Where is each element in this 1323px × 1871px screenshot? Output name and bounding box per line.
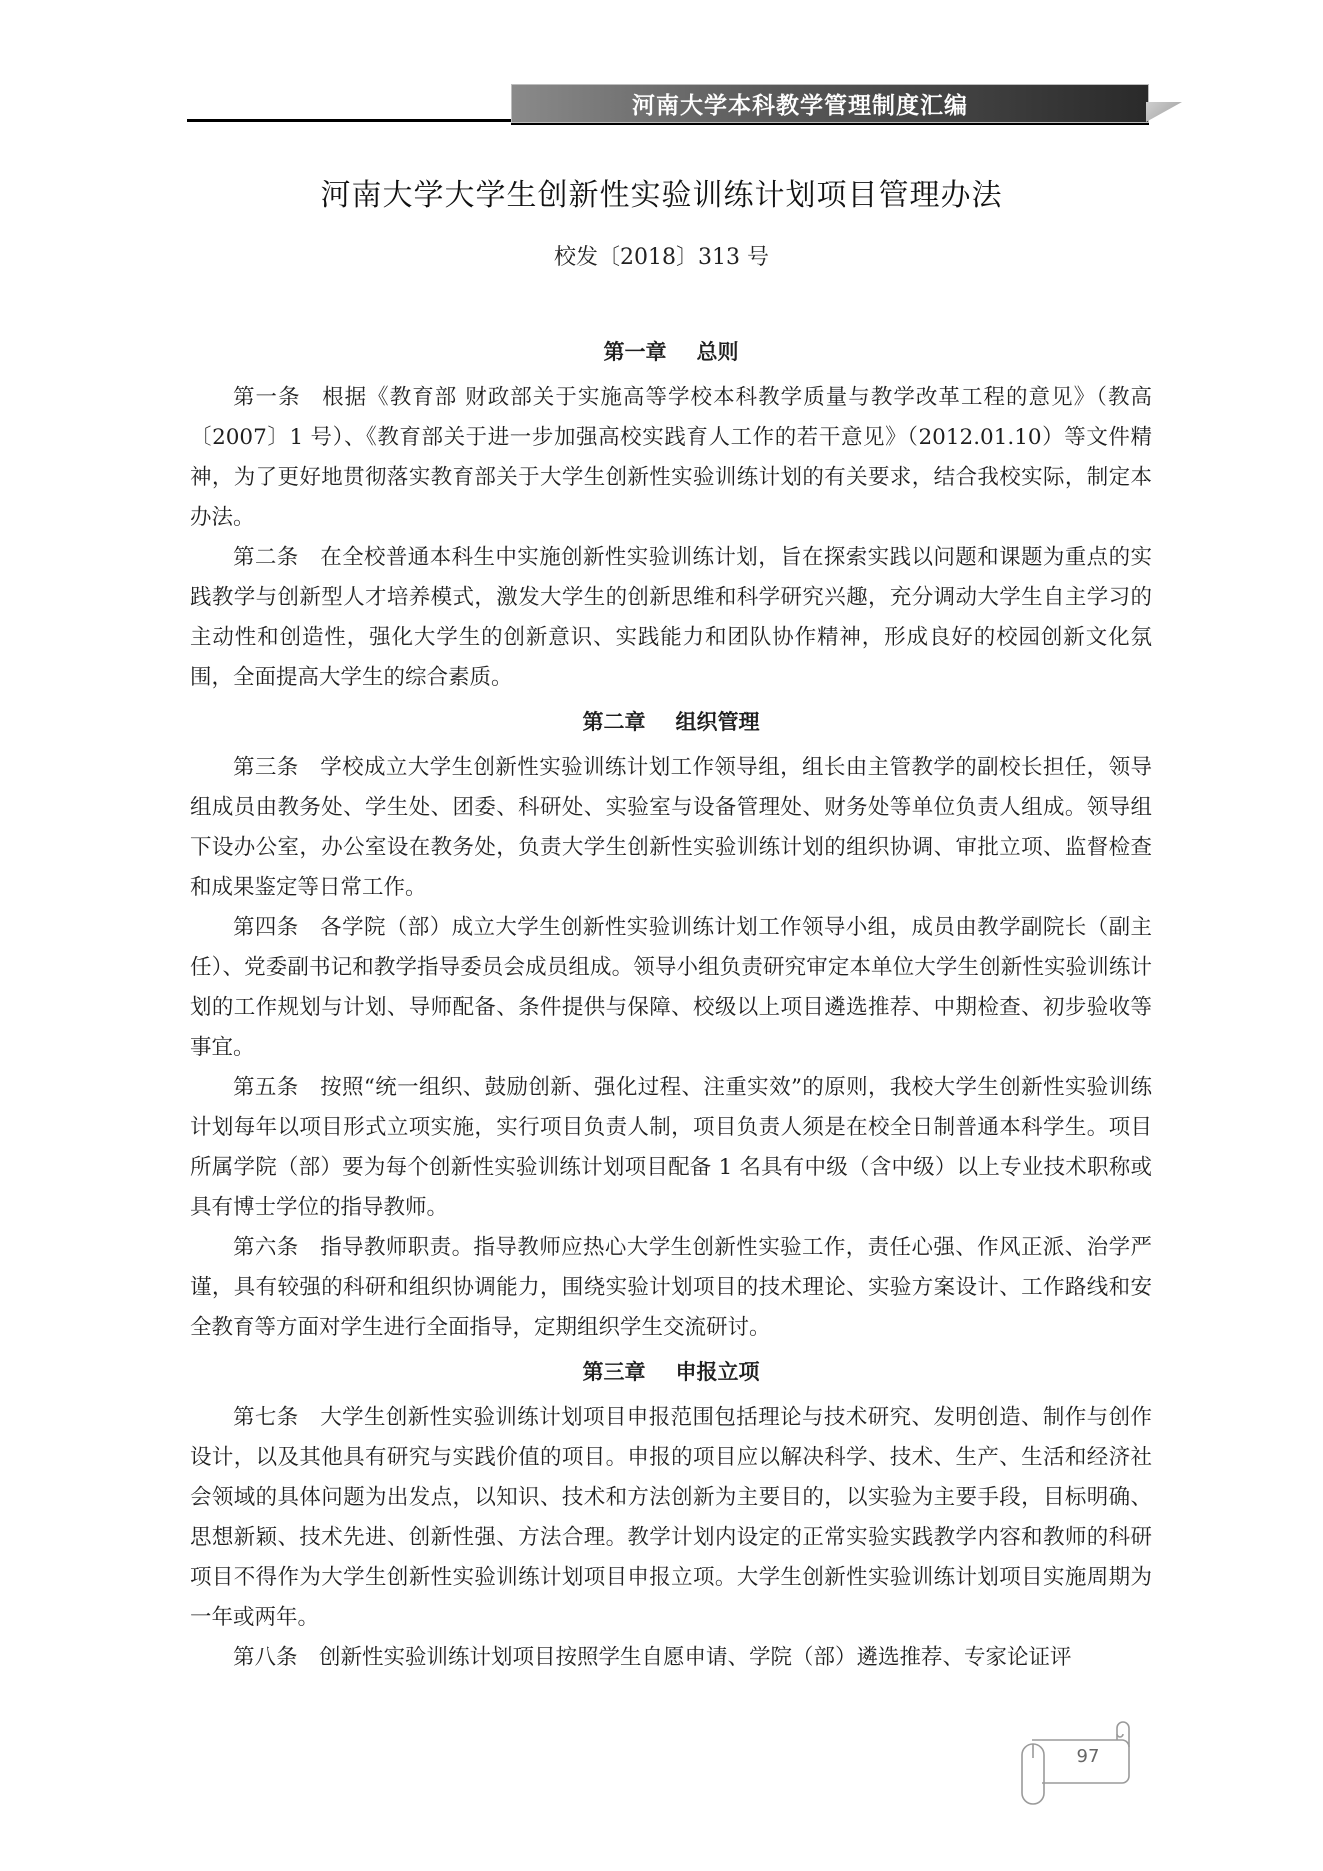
article-2: 第二条在全校普通本科生中实施创新性实验训练计划，旨在探索实践以问题和课题为重点的… xyxy=(190,538,1152,698)
article-3: 第三条学校成立大学生创新性实验训练计划工作领导组，组长由主管教学的副校长担任，领… xyxy=(190,748,1152,908)
header-rule xyxy=(187,119,517,122)
article-text: 大学生创新性实验训练计划项目申报范围包括理论与技术研究、发明创造、制作与创作设计… xyxy=(190,1405,1152,1630)
article-label: 第四条 xyxy=(233,915,299,940)
chapter-label: 第三章 xyxy=(583,1360,646,1384)
article-text: 按照“统一组织、鼓励创新、强化过程、注重实效”的原则，我校大学生创新性实验训练计… xyxy=(190,1075,1152,1220)
chapter-heading-2: 第二章组织管理 xyxy=(190,702,1152,742)
article-7: 第七条大学生创新性实验训练计划项目申报范围包括理论与技术研究、发明创造、制作与创… xyxy=(190,1398,1152,1638)
article-label: 第八条 xyxy=(233,1645,298,1670)
page-number-scroll: 97 xyxy=(1010,1720,1140,1810)
article-label: 第七条 xyxy=(233,1405,299,1430)
chapter-label: 第一章 xyxy=(604,340,667,364)
article-text: 在全校普通本科生中实施创新性实验训练计划，旨在探索实践以问题和课题为重点的实践教… xyxy=(190,545,1152,690)
article-5: 第五条按照“统一组织、鼓励创新、强化过程、注重实效”的原则，我校大学生创新性实验… xyxy=(190,1068,1152,1228)
article-text: 根据《教育部 财政部关于实施高等学校本科教学质量与教学改革工程的意见》（教高〔2… xyxy=(190,385,1152,530)
chapter-heading-1: 第一章总则 xyxy=(190,332,1152,372)
header-banner-title: 河南大学本科教学管理制度汇编 xyxy=(632,87,968,120)
header-banner-tail xyxy=(1146,102,1182,122)
article-text: 各学院（部）成立大学生创新性实验训练计划工作领导小组，成员由教学副院长（副主任）… xyxy=(190,915,1152,1060)
document-number: 校发〔2018〕313 号 xyxy=(0,240,1323,271)
article-8: 第八条创新性实验训练计划项目按照学生自愿申请、学院（部）遴选推荐、专家论证评 xyxy=(190,1638,1152,1678)
header-banner: 河南大学本科教学管理制度汇编 xyxy=(511,84,1149,123)
article-label: 第五条 xyxy=(233,1075,299,1100)
article-label: 第二条 xyxy=(233,545,299,570)
article-1: 第一条根据《教育部 财政部关于实施高等学校本科教学质量与教学改革工程的意见》（教… xyxy=(190,378,1152,538)
chapter-heading-3: 第三章申报立项 xyxy=(190,1352,1152,1392)
article-label: 第一条 xyxy=(233,385,301,410)
document-title: 河南大学大学生创新性实验训练计划项目管理办法 xyxy=(0,170,1323,214)
page-number: 97 xyxy=(1058,1746,1118,1767)
article-6: 第六条指导教师职责。指导教师应热心大学生创新性实验工作，责任心强、作风正派、治学… xyxy=(190,1228,1152,1348)
article-text: 创新性实验训练计划项目按照学生自愿申请、学院（部）遴选推荐、专家论证评 xyxy=(319,1645,1072,1670)
article-text: 学校成立大学生创新性实验训练计划工作领导组，组长由主管教学的副校长担任，领导组成… xyxy=(190,755,1152,900)
chapter-name: 申报立项 xyxy=(676,1360,760,1384)
article-text: 指导教师职责。指导教师应热心大学生创新性实验工作，责任心强、作风正派、治学严谨，… xyxy=(190,1235,1152,1340)
article-label: 第三条 xyxy=(233,755,299,780)
chapter-name: 总则 xyxy=(697,340,739,364)
chapter-name: 组织管理 xyxy=(676,710,760,734)
article-4: 第四条各学院（部）成立大学生创新性实验训练计划工作领导小组，成员由教学副院长（副… xyxy=(190,908,1152,1068)
article-label: 第六条 xyxy=(233,1235,299,1260)
chapter-label: 第二章 xyxy=(583,710,646,734)
document-body: 第一章总则 第一条根据《教育部 财政部关于实施高等学校本科教学质量与教学改革工程… xyxy=(190,332,1152,1678)
